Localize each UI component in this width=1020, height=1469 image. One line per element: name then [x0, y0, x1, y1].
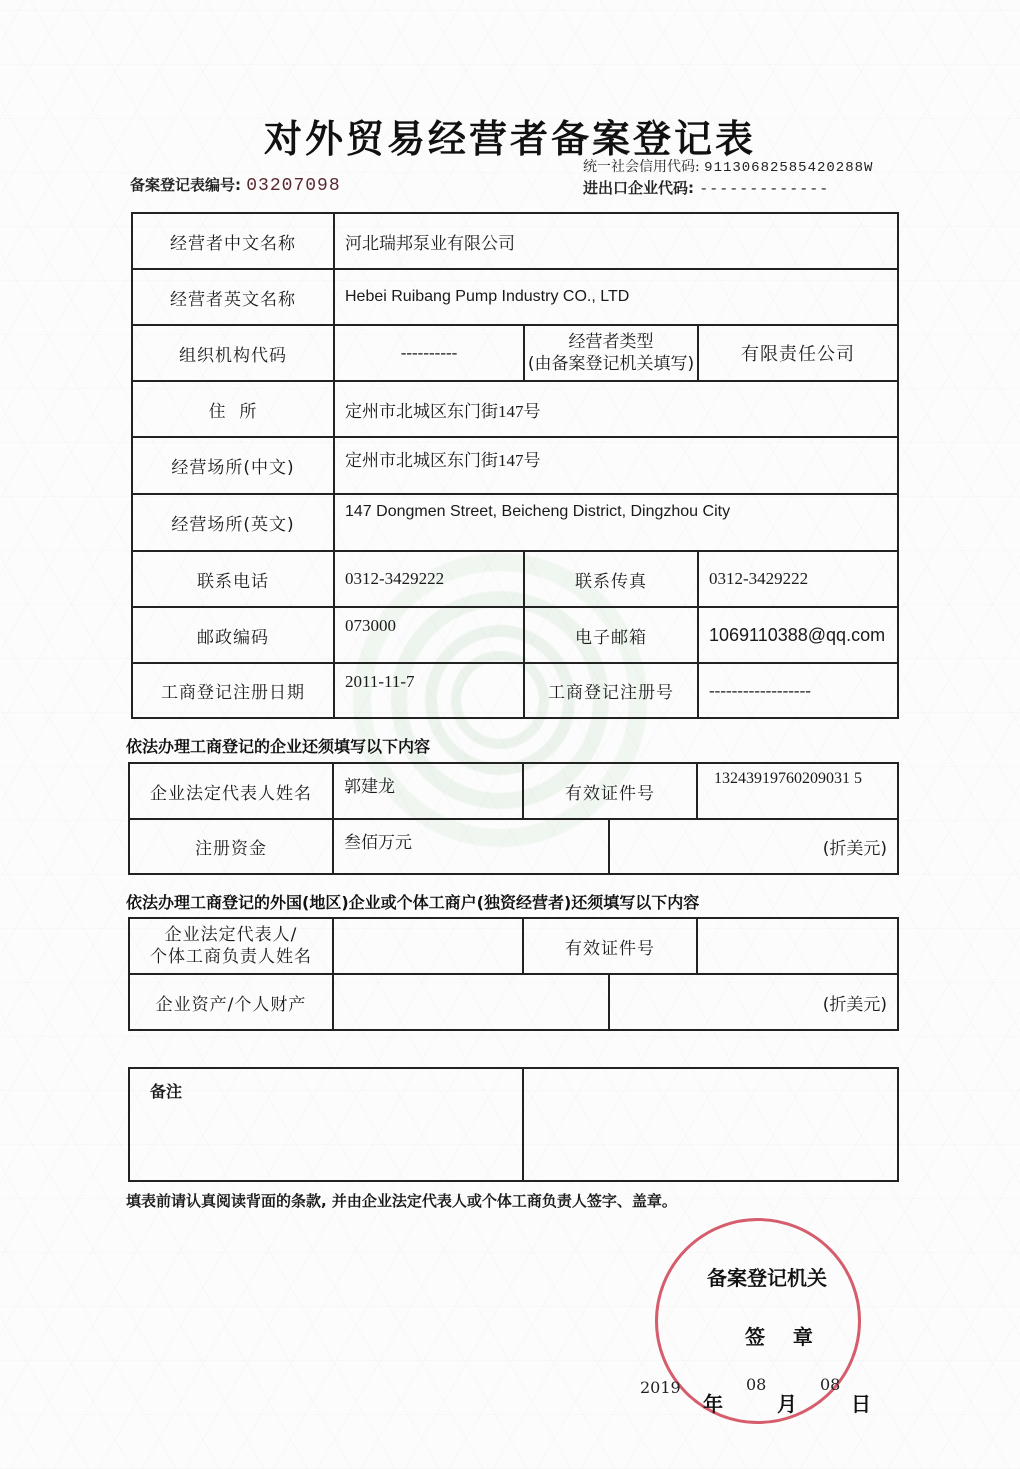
en-name-field[interactable]: Hebei Ruibang Pump Industry CO., LTD [334, 269, 898, 325]
cn-name-field[interactable]: 河北瑞邦泵业有限公司 [334, 213, 898, 269]
unified-credit-code-label: 统一社会信用代码: [583, 159, 700, 175]
table-row: 联系电话 0312-3429222 联系传真 0312-3429222 [132, 551, 898, 607]
id-number-field[interactable]: 13243919760209031 5 [697, 763, 898, 819]
assets-field[interactable] [333, 974, 609, 1030]
table-row: 企业资产/个人财产 (折美元) [129, 974, 898, 1030]
capital-label: 注册资金 [129, 819, 333, 874]
year-unit: 年 [703, 1388, 723, 1417]
rep-label-line1: 企业法定代表人/ [134, 924, 328, 946]
assets-usd-field[interactable]: (折美元) [609, 974, 898, 1030]
table-row: 注册资金 叁佰万元 (折美元) [129, 819, 898, 874]
reg-no-label: 工商登记注册号 [524, 663, 698, 718]
fax-label: 联系传真 [524, 551, 698, 607]
capital-field[interactable]: 叁佰万元 [333, 819, 609, 874]
seal-month: 08 [746, 1375, 766, 1394]
table-row: 经营场所(中文) 定州市北城区东门街147号 [132, 437, 898, 494]
import-export-code-value: ------------- [699, 181, 829, 198]
reg-no-field[interactable]: ------------------ [698, 663, 898, 718]
table-row: 邮政编码 073000 电子邮箱 1069110388@qq.com [132, 607, 898, 663]
email-label: 电子邮箱 [524, 607, 698, 663]
foreign-info-table: 企业法定代表人/ 个体工商负责人姓名 有效证件号 企业资产/个人财产 (折美元) [128, 917, 899, 1031]
unified-credit-code-value: 91130682585420288W [704, 160, 873, 176]
seal-year: 2019 [640, 1378, 681, 1397]
postcode-label: 邮政编码 [132, 607, 334, 663]
org-code-field[interactable]: ---------- [334, 325, 524, 381]
assets-label: 企业资产/个人财产 [129, 974, 333, 1030]
operator-type-label-line1: 经营者类型 [527, 331, 695, 353]
domicile-field[interactable]: 定州市北城区东门街147号 [334, 381, 898, 437]
premises-en-label: 经营场所(英文) [132, 494, 334, 551]
table-row: 企业法定代表人/ 个体工商负责人姓名 有效证件号 [129, 918, 898, 974]
seal-label: 签 章 [745, 1321, 813, 1350]
unified-credit-code: 统一社会信用代码: 91130682585420288W [583, 156, 873, 176]
en-name-label: 经营者英文名称 [132, 269, 334, 325]
seal-day: 08 [820, 1375, 840, 1394]
foreign-section-heading: 依法办理工商登记的外国(地区)企业或个体工商户(独资经营者)还须填写以下内容 [126, 890, 699, 913]
registration-authority-label: 备案登记机关 [707, 1262, 827, 1291]
rep-label-line2: 个体工商负责人姓名 [134, 946, 328, 968]
org-code-label: 组织机构代码 [132, 325, 334, 381]
table-row: 企业法定代表人姓名 郭建龙 有效证件号 13243919760209031 5 [129, 763, 898, 819]
foreign-id-field[interactable] [697, 918, 898, 974]
enterprise-info-table: 企业法定代表人姓名 郭建龙 有效证件号 13243919760209031 5 … [128, 762, 899, 875]
form-number-label: 备案登记表编号: [130, 176, 241, 194]
footer-instruction: 填表前请认真阅读背面的条款, 并由企业法定代表人或个体工商负责人签字、盖章。 [126, 1190, 677, 1211]
rep-label: 企业法定代表人/ 个体工商负责人姓名 [129, 918, 333, 974]
table-row: 工商登记注册日期 2011-11-7 工商登记注册号 -------------… [132, 663, 898, 718]
domicile-label: 住 所 [132, 381, 334, 437]
document-title: 对外贸易经营者备案登记表 [0, 108, 1020, 163]
operator-info-table: 经营者中文名称 河北瑞邦泵业有限公司 经营者英文名称 Hebei Ruibang… [131, 212, 899, 719]
table-row: 经营者中文名称 河北瑞邦泵业有限公司 [132, 213, 898, 269]
table-row: 组织机构代码 ---------- 经营者类型 (由备案登记机关填写) 有限责任… [132, 325, 898, 381]
reg-date-label: 工商登记注册日期 [132, 663, 334, 718]
foreign-id-label: 有效证件号 [523, 918, 697, 974]
day-unit: 日 [851, 1388, 871, 1417]
operator-type-label-line2: (由备案登记机关填写) [527, 353, 695, 375]
operator-type-label: 经营者类型 (由备案登记机关填写) [524, 325, 698, 381]
capital-usd-field[interactable]: (折美元) [609, 819, 898, 874]
remarks-label: 备注 [129, 1068, 523, 1181]
table-row: 经营场所(英文) 147 Dongmen Street, Beicheng Di… [132, 494, 898, 551]
month-unit: 月 [777, 1388, 797, 1417]
legal-rep-field[interactable]: 郭建龙 [333, 763, 523, 819]
table-row: 经营者英文名称 Hebei Ruibang Pump Industry CO.,… [132, 269, 898, 325]
import-export-code-label: 进出口企业代码: [583, 179, 694, 197]
table-row: 住 所 定州市北城区东门街147号 [132, 381, 898, 437]
form-number-value: 03207098 [246, 176, 340, 196]
fax-field[interactable]: 0312-3429222 [698, 551, 898, 607]
id-number-label: 有效证件号 [523, 763, 697, 819]
remarks-field[interactable] [523, 1068, 898, 1181]
operator-type-field[interactable]: 有限责任公司 [698, 325, 898, 381]
cn-name-label: 经营者中文名称 [132, 213, 334, 269]
legal-rep-label: 企业法定代表人姓名 [129, 763, 333, 819]
email-field[interactable]: 1069110388@qq.com [698, 607, 898, 663]
form-number: 备案登记表编号: 03207098 [130, 174, 341, 196]
premises-en-field[interactable]: 147 Dongmen Street, Beicheng District, D… [334, 494, 898, 551]
premises-cn-label: 经营场所(中文) [132, 437, 334, 494]
premises-cn-field[interactable]: 定州市北城区东门街147号 [334, 437, 898, 494]
postcode-field[interactable]: 073000 [334, 607, 524, 663]
rep-field[interactable] [333, 918, 523, 974]
import-export-code: 进出口企业代码: ------------- [583, 177, 829, 198]
reg-date-field[interactable]: 2011-11-7 [334, 663, 524, 718]
phone-field[interactable]: 0312-3429222 [334, 551, 524, 607]
phone-label: 联系电话 [132, 551, 334, 607]
enterprise-section-heading: 依法办理工商登记的企业还须填写以下内容 [126, 734, 430, 757]
table-row: 备注 [129, 1068, 898, 1181]
remarks-table: 备注 [128, 1067, 899, 1182]
